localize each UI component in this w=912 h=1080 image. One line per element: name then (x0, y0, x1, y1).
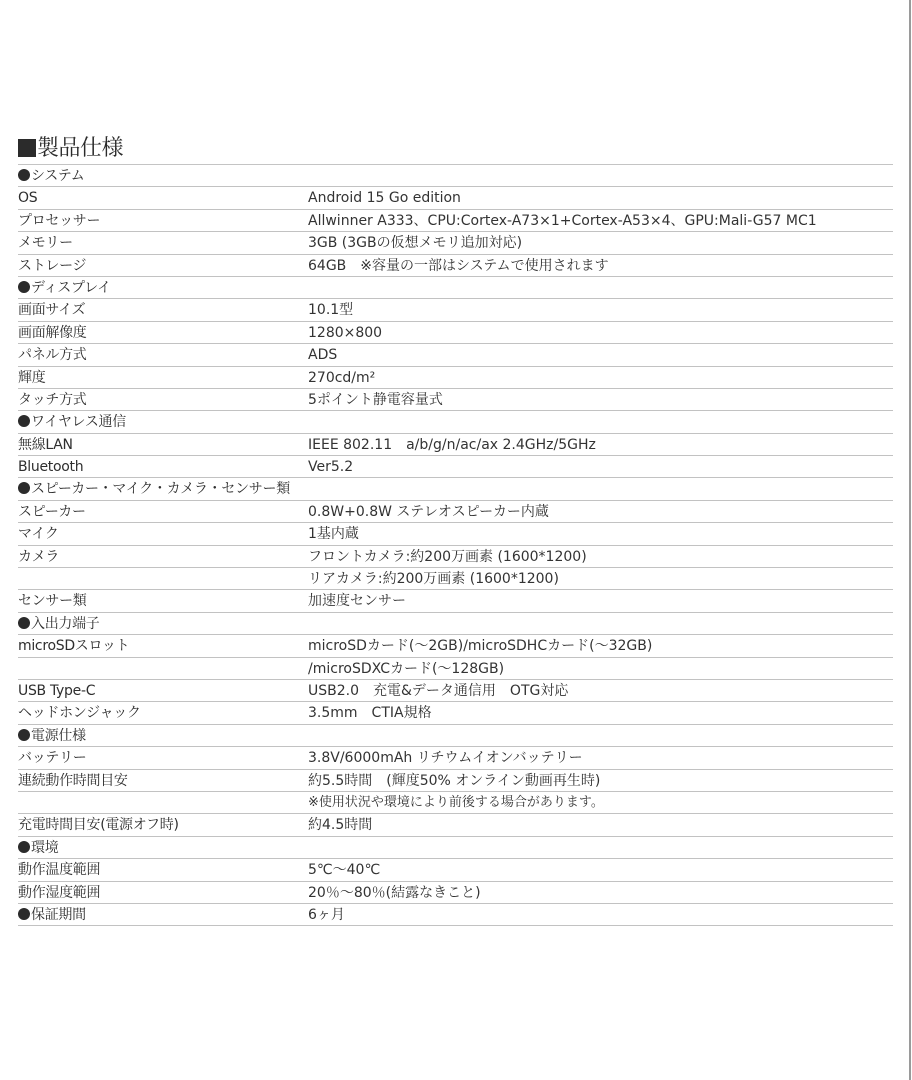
section-title: 電源仕様 (31, 728, 86, 744)
spec-row-microsd-cont: /microSDXCカード(～128GB) (18, 658, 893, 680)
spec-value: 1280×800 (308, 322, 893, 343)
spec-value: 3.8V/6000mAh リチウムイオンバッテリー (308, 747, 893, 768)
spec-label: 動作温度範囲 (18, 859, 308, 880)
page-title: 製品仕様 (18, 133, 893, 165)
spec-value: microSDカード(～2GB)/microSDHCカード(～32GB) (308, 635, 893, 656)
spec-sheet: 製品仕様 システム OSAndroid 15 Go edition プロセッサー… (18, 133, 893, 926)
spec-value: 3GB (3GBの仮想メモリ追加対応) (308, 232, 893, 253)
section-title: システム (31, 168, 84, 184)
spec-row-speaker: スピーカー0.8W+0.8W ステレオスピーカー内蔵 (18, 501, 893, 523)
spec-label (18, 568, 308, 589)
circle-bullet-icon (18, 617, 30, 629)
spec-label: 充電時間目安(電源オフ時) (18, 814, 308, 835)
spec-value: ※使用状況や環境により前後する場合があります。 (308, 792, 893, 813)
spec-value: USB2.0 充電&データ通信用 OTG対応 (308, 680, 893, 701)
spec-value: 20％～80％(結露なきこと) (308, 882, 893, 903)
spec-label: 動作湿度範囲 (18, 882, 308, 903)
spec-label: 連続動作時間目安 (18, 770, 308, 791)
section-header-io-ports: 入出力端子 (18, 613, 893, 635)
spec-row-brightness: 輝度270cd/m² (18, 367, 893, 389)
spec-label: Bluetooth (18, 456, 308, 477)
spec-label: パネル方式 (18, 344, 308, 365)
spec-value: 3.5mm CTIA規格 (308, 702, 893, 723)
spec-label: マイク (18, 523, 308, 544)
spec-row-charge-time: 充電時間目安(電源オフ時)約4.5時間 (18, 814, 893, 836)
spec-label: 無線LAN (18, 434, 308, 455)
section-header-display: ディスプレイ (18, 277, 893, 299)
spec-value: 5℃～40℃ (308, 859, 893, 880)
spec-value: Ver5.2 (308, 456, 893, 477)
circle-bullet-icon (18, 841, 30, 853)
spec-row-runtime: 連続動作時間目安約5.5時間 (輝度50% オンライン動画再生時) (18, 770, 893, 792)
spec-value: /microSDXCカード(～128GB) (308, 658, 893, 679)
section-title: 環境 (31, 840, 58, 856)
spec-row-touch: タッチ方式5ポイント静電容量式 (18, 389, 893, 411)
spec-row-memory: メモリー3GB (3GBの仮想メモリ追加対応) (18, 232, 893, 254)
spec-value: 270cd/m² (308, 367, 893, 388)
spec-value: 約5.5時間 (輝度50% オンライン動画再生時) (308, 770, 893, 791)
spec-row-processor: プロセッサーAllwinner A333、CPU:Cortex-A73×1+Co… (18, 210, 893, 232)
spec-value: ADS (308, 344, 893, 365)
spec-row-microsd: microSDスロットmicroSDカード(～2GB)/microSDHCカード… (18, 635, 893, 657)
spec-value: IEEE 802.11 a/b/g/n/ac/ax 2.4GHz/5GHz (308, 434, 893, 455)
spec-label (18, 792, 308, 813)
spec-value: 0.8W+0.8W ステレオスピーカー内蔵 (308, 501, 893, 522)
spec-value: 加速度センサー (308, 590, 893, 611)
section-header-wireless: ワイヤレス通信 (18, 411, 893, 433)
spec-value: 1基内蔵 (308, 523, 893, 544)
circle-bullet-icon (18, 169, 30, 181)
spec-value: 5ポイント静電容量式 (308, 389, 893, 410)
section-title: 入出力端子 (31, 616, 100, 632)
spec-label: 画面サイズ (18, 299, 308, 320)
section-title: ワイヤレス通信 (31, 414, 126, 430)
spec-label: USB Type-C (18, 680, 308, 701)
section-header-power: 電源仕様 (18, 725, 893, 747)
spec-label: ヘッドホンジャック (18, 702, 308, 723)
spec-label: 画面解像度 (18, 322, 308, 343)
circle-bullet-icon (18, 281, 30, 293)
page-edge-border (909, 0, 911, 1080)
spec-value: リアカメラ:約200万画素 (1600*1200) (308, 568, 893, 589)
square-bullet-icon (18, 139, 36, 157)
spec-row-runtime-note: ※使用状況や環境により前後する場合があります。 (18, 792, 893, 814)
circle-bullet-icon (18, 729, 30, 741)
spec-label: プロセッサー (18, 210, 308, 231)
spec-label: バッテリー (18, 747, 308, 768)
spec-label: ストレージ (18, 255, 308, 276)
spec-row-screen-size: 画面サイズ10.1型 (18, 299, 893, 321)
spec-row-resolution: 画面解像度1280×800 (18, 322, 893, 344)
spec-row-mic: マイク1基内蔵 (18, 523, 893, 545)
spec-row-sensors: センサー類加速度センサー (18, 590, 893, 612)
spec-row-wifi: 無線LANIEEE 802.11 a/b/g/n/ac/ax 2.4GHz/5G… (18, 434, 893, 456)
circle-bullet-icon (18, 415, 30, 427)
spec-value: 10.1型 (308, 299, 893, 320)
spec-value: 6ヶ月 (308, 904, 893, 925)
page-title-text: 製品仕様 (37, 136, 123, 161)
spec-label: メモリー (18, 232, 308, 253)
spec-row-usb-c: USB Type-CUSB2.0 充電&データ通信用 OTG対応 (18, 680, 893, 702)
spec-value: 約4.5時間 (308, 814, 893, 835)
spec-label: センサー類 (18, 590, 308, 611)
spec-row-camera-front: カメラフロントカメラ:約200万画素 (1600*1200) (18, 546, 893, 568)
spec-label (18, 658, 308, 679)
spec-label: タッチ方式 (18, 389, 308, 410)
spec-label: microSDスロット (18, 635, 308, 656)
section-header-system: システム (18, 165, 893, 187)
spec-row-storage: ストレージ64GB ※容量の一部はシステムで使用されます (18, 255, 893, 277)
section-title: 保証期間 (31, 907, 86, 923)
spec-value: Allwinner A333、CPU:Cortex-A73×1+Cortex-A… (308, 210, 893, 231)
spec-row-bluetooth: BluetoothVer5.2 (18, 456, 893, 478)
circle-bullet-icon (18, 482, 30, 494)
spec-row-os: OSAndroid 15 Go edition (18, 187, 893, 209)
spec-label: カメラ (18, 546, 308, 567)
spec-row-warranty: 保証期間6ヶ月 (18, 904, 893, 926)
spec-value: 64GB ※容量の一部はシステムで使用されます (308, 255, 893, 276)
section-title: ディスプレイ (31, 280, 111, 296)
spec-value: Android 15 Go edition (308, 187, 893, 208)
spec-label: スピーカー (18, 501, 308, 522)
spec-row-temperature: 動作温度範囲5℃～40℃ (18, 859, 893, 881)
spec-row-humidity: 動作湿度範囲20％～80％(結露なきこと) (18, 882, 893, 904)
spec-row-headphone: ヘッドホンジャック3.5mm CTIA規格 (18, 702, 893, 724)
spec-row-panel-type: パネル方式ADS (18, 344, 893, 366)
spec-label: OS (18, 187, 308, 208)
section-header-environment: 環境 (18, 837, 893, 859)
circle-bullet-icon (18, 908, 30, 920)
spec-value: フロントカメラ:約200万画素 (1600*1200) (308, 546, 893, 567)
spec-row-camera-rear: リアカメラ:約200万画素 (1600*1200) (18, 568, 893, 590)
section-title: スピーカー・マイク・カメラ・センサー類 (31, 481, 290, 497)
section-header-av-sensors: スピーカー・マイク・カメラ・センサー類 (18, 478, 893, 500)
spec-label: 輝度 (18, 367, 308, 388)
spec-row-battery: バッテリー3.8V/6000mAh リチウムイオンバッテリー (18, 747, 893, 769)
